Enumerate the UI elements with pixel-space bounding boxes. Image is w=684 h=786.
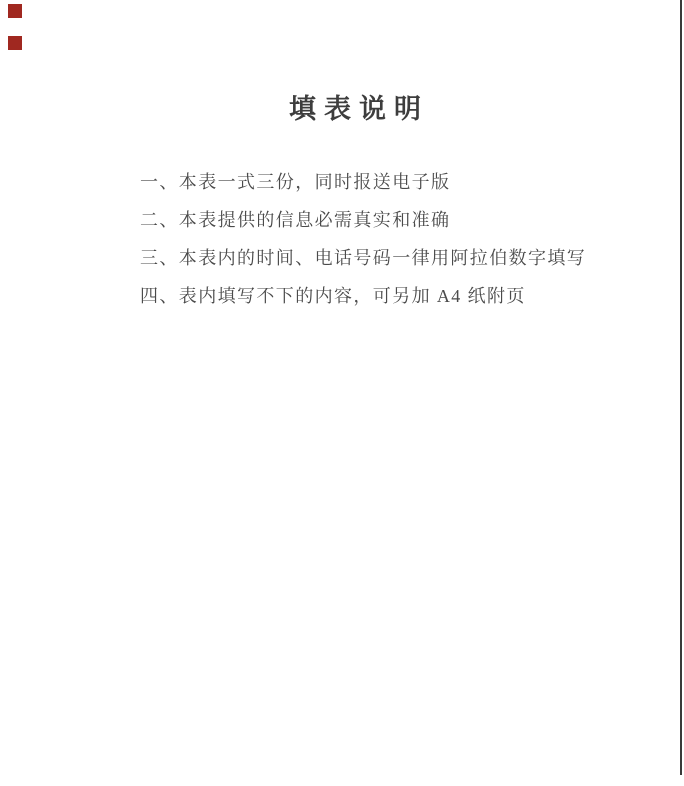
instruction-item-1: 一、本表一式三份，同时报送电子版 — [140, 163, 660, 201]
instructions-list: 一、本表一式三份，同时报送电子版 二、本表提供的信息必需真实和准确 三、本表内的… — [140, 163, 660, 315]
instruction-item-3: 三、本表内的时间、电话号码一律用阿拉伯数字填写 — [140, 239, 660, 277]
document-page: 填表说明 一、本表一式三份，同时报送电子版 二、本表提供的信息必需真实和准确 三… — [0, 0, 684, 786]
red-square-marker-top — [8, 4, 22, 18]
red-square-marker-bottom — [8, 36, 22, 50]
page-title: 填表说明 — [0, 92, 684, 126]
instruction-item-4: 四、表内填写不下的内容，可另加 A4 纸附页 — [140, 277, 660, 315]
instruction-item-2: 二、本表提供的信息必需真实和准确 — [140, 201, 660, 239]
